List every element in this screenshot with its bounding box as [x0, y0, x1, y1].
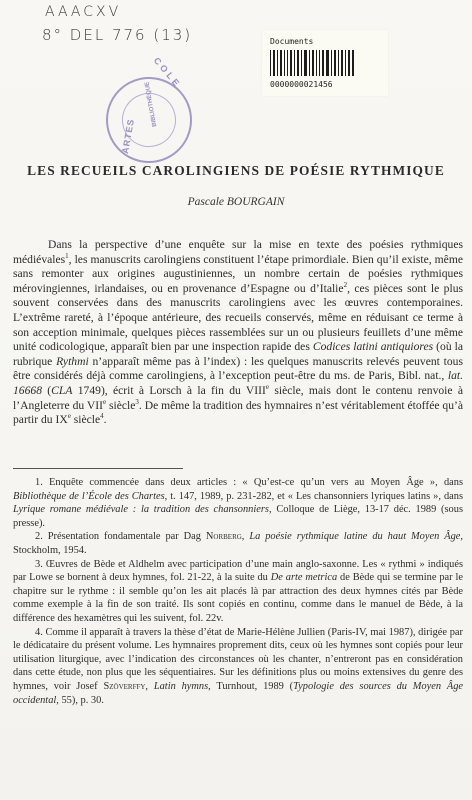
footnote-1: 1. Enquête commencée dans deux articles …	[13, 476, 463, 530]
text: .	[104, 413, 107, 426]
article-author: Pascale BOURGAIN	[0, 196, 472, 208]
handwritten-shelfmark-line2: 8° DEL 776 (13)	[42, 26, 192, 44]
footnote-2: 2. Présentation fondamentale par Dag Nor…	[13, 530, 463, 557]
footnote-separator	[13, 468, 183, 469]
barcode-label-title: Documents	[270, 37, 313, 46]
text: 2. Présentation fondamentale par Dag	[35, 531, 206, 542]
text: , t. 147, 1989, p. 231-282, et « Les cha…	[165, 491, 463, 502]
text: , 55), p. 30.	[56, 695, 104, 706]
stamp-text-outer: COLE	[152, 55, 183, 90]
italic-title: De arte metrica	[271, 572, 337, 583]
body-paragraph: Dans la perspective d’une enquête sur la…	[13, 238, 463, 428]
footnote-3: 3. Œuvres de Bède et Aldhelm avec partic…	[13, 558, 463, 626]
handwritten-shelfmark-line1: AAACXV	[45, 4, 121, 20]
barcode-number: 0000000021456	[270, 80, 333, 89]
text: ,	[145, 681, 153, 692]
italic-title: Lyrique romane médiévale : la tradition …	[13, 504, 269, 515]
text: siècle	[106, 399, 135, 412]
barcode-icon	[270, 50, 375, 76]
italic-term: Rythmi	[56, 355, 89, 368]
italic-abbrev: CLA	[51, 384, 72, 397]
text: siècle	[71, 413, 100, 426]
article-body: Dans la perspective d’une enquête sur la…	[13, 238, 463, 428]
text: (	[42, 384, 51, 397]
text: 1749), écrit à Lorsch à la fin du VIII	[72, 384, 265, 397]
footnote-4: 4. Comme il apparaît à travers la thèse …	[13, 626, 463, 708]
barcode-label: Documents 0000000021456	[262, 30, 388, 96]
text: , Turnhout, 1989 (	[208, 681, 293, 692]
text: 1. Enquête commencée dans deux articles …	[35, 477, 463, 488]
library-stamp: COLE ARTES BIBLIOTHÈQUE	[94, 65, 204, 175]
author-name: Norberg	[206, 531, 242, 542]
scanned-page: AAACXV 8° DEL 776 (13) Documents 0000000…	[0, 0, 472, 800]
italic-title: La poésie rythmique latine du haut Moyen…	[249, 531, 460, 542]
italic-title: Codices latini antiquiores	[313, 340, 433, 353]
italic-title: Bibliothèque de l’École des Chartes	[13, 491, 165, 502]
article-title: LES RECUEILS CAROLINGIENS DE POÉSIE RYTH…	[0, 163, 472, 179]
author-name: Szöverffy	[103, 681, 145, 692]
italic-title: Latin hymns	[154, 681, 208, 692]
footnotes: 1. Enquête commencée dans deux articles …	[13, 476, 463, 707]
